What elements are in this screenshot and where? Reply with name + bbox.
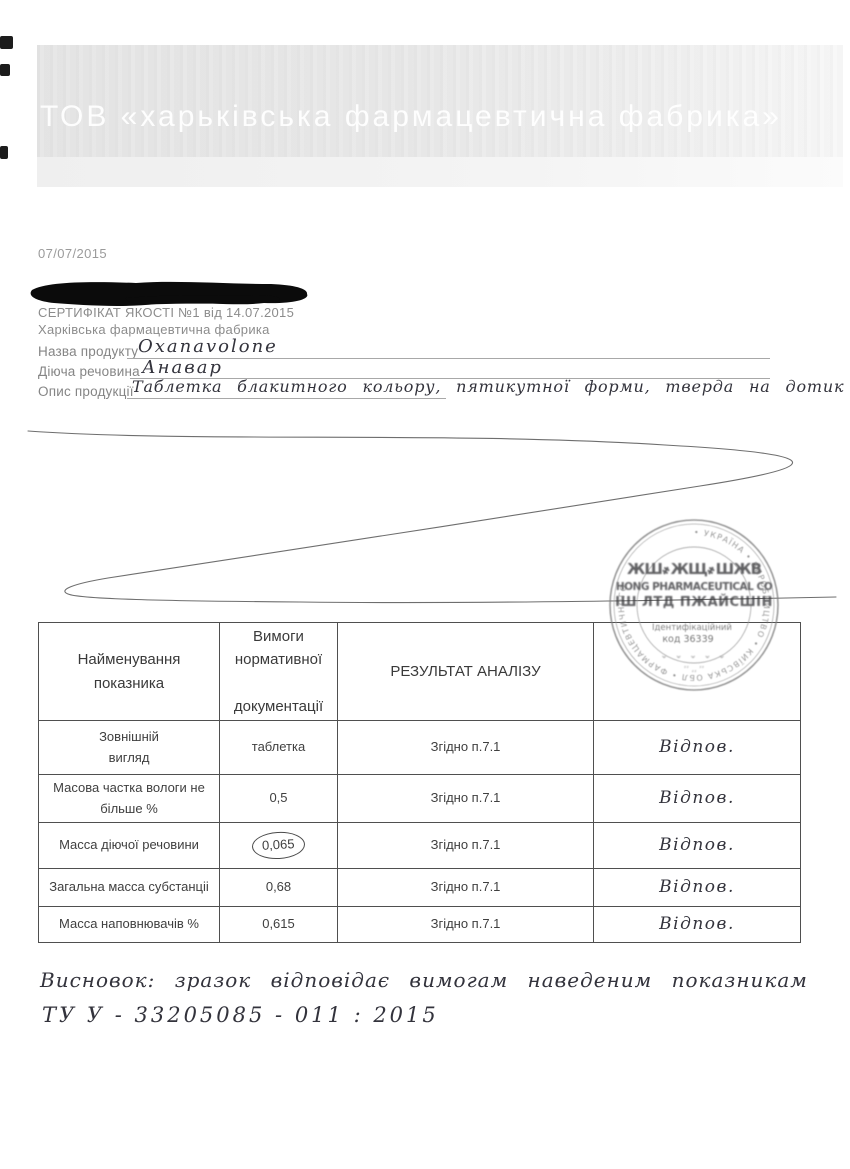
row-conclusion-handwritten: Відпов. [594,907,801,943]
row-result: Згідно п.7.1 [338,721,594,775]
row-conclusion-handwritten: Відпов. [594,823,801,869]
active-substance-handwritten: Анавар [142,357,223,378]
product-description-underline [127,397,446,399]
row-conclusion-handwritten: Відпов. [594,869,801,907]
active-substance-label: Діюча речовина [38,364,140,379]
table-row: Зовнішній вигляд таблетка Згідно п.7.1 В… [39,721,801,775]
row-result: Згідно п.7.1 [338,907,594,943]
product-name-handwritten: Oxanavolone [138,336,278,357]
row-result: Згідно п.7.1 [338,775,594,823]
row-indicator: Масса діючої речовини [39,823,220,869]
row-conclusion-handwritten: Відпов. [594,721,801,775]
redaction-bar [26,278,316,312]
row-requirement: 0,615 [220,907,338,943]
stamp-center-glyphs: ЖШ҂ЖЩ҂ШЖВ [627,560,762,578]
row-indicator: Загальна масса субстанціі [39,869,220,907]
stamp-id-code: код 36339 [662,634,713,645]
hand-drawn-circle: 0,065 [252,831,306,861]
product-description-label: Опис продукції [38,384,134,399]
col-header-requirements: Вимоги нормативної документації [220,623,338,721]
row-indicator: Масса наповнювачів % [39,907,220,943]
scan-artifact-mark [0,64,10,76]
stamp-center-line3: ІШ ЛТД ПЖАЙСШІН [615,594,773,610]
table-row: Масова частка вологи не більше % 0,5 Згі… [39,775,801,823]
row-requirement: 0,5 [220,775,338,823]
row-requirement-circled: 0,065 [220,823,338,869]
factory-name-line: Харківська фармацевтична фабрика [38,322,270,337]
stamp-center-latin: HONG PHARMACEUTICAL CO [616,581,773,593]
product-name-underline [127,357,770,359]
letterhead-band-lower [37,157,843,187]
table-row: Загальна масса субстанціі 0,68 Згідно п.… [39,869,801,907]
conclusion-handwritten-line2: ТУ У - 33205085 - 011 : 2015 [42,1003,439,1027]
row-conclusion-handwritten: Відпов. [594,775,801,823]
scan-artifact-mark [0,36,13,49]
ink-stamp: • УКРАЇНА • ВИРОБНИЦТВО • КИЇВСЬКА ОБЛ •… [596,512,792,698]
table-row: Масса наповнювачів % 0,615 Згідно п.7.1 … [39,907,801,943]
svg-text:⌄ ⌄ ⌄ ⌄ ⌄: ⌄ ⌄ ⌄ ⌄ ⌄ [660,651,727,661]
product-description-handwritten: Таблетка блакитного кольору, пятикутної … [132,377,844,396]
letterhead-company-name: ТОВ «харьківська фармацевтична фабрика» [40,100,782,134]
col-header-result: РЕЗУЛЬТАТ АНАЛІЗУ [338,623,594,721]
row-result: Згідно п.7.1 [338,823,594,869]
table-row: Масса діючої речовини 0,065 Згідно п.7.1… [39,823,801,869]
document-date: 07/07/2015 [38,246,107,261]
row-result: Згідно п.7.1 [338,869,594,907]
row-indicator: Масова частка вологи не більше % [39,775,220,823]
scan-artifact-mark [0,146,8,159]
col-header-indicator: Найменування показника [39,623,220,721]
row-requirement: таблетка [220,721,338,775]
svg-text:٬٬ ،، ٬٬: ٬٬ ،، ٬٬ [684,665,704,674]
product-name-label: Назва продукту [38,344,138,359]
row-requirement: 0,68 [220,869,338,907]
row-indicator: Зовнішній вигляд [39,721,220,775]
conclusion-handwritten-line1: Висновок: зразок відповідає вимогам наве… [40,968,808,992]
stamp-id-label: Ідентифікаційний [652,623,732,633]
